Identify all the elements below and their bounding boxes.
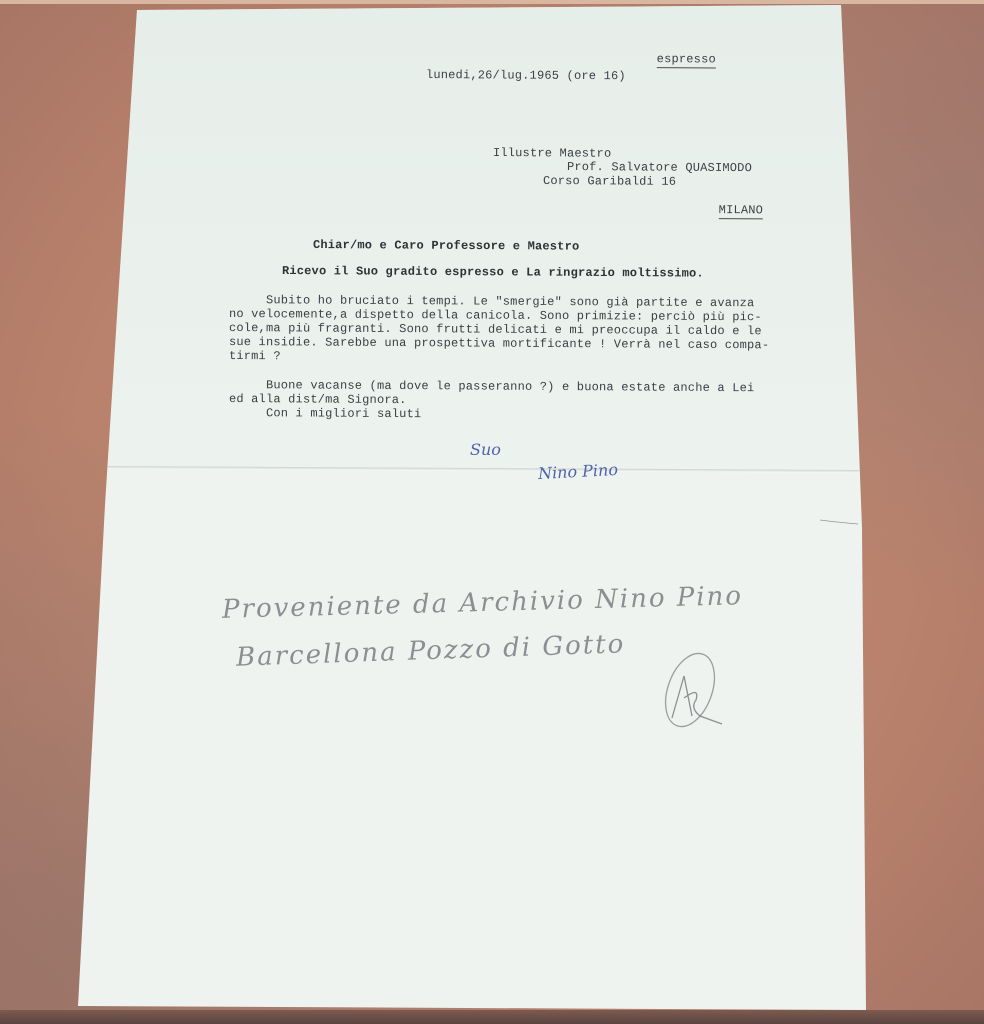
pencil-initials-mark: [0, 0, 984, 1024]
